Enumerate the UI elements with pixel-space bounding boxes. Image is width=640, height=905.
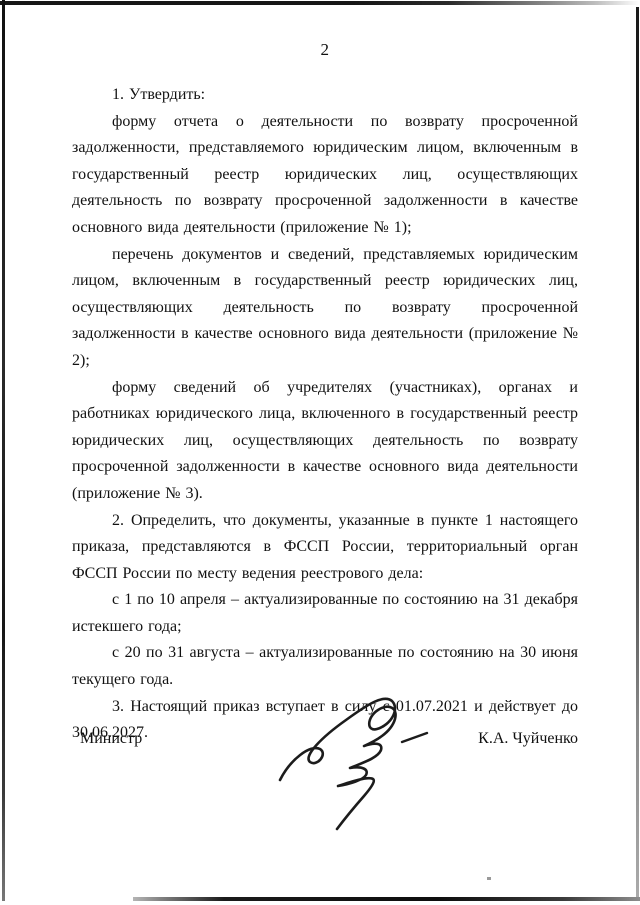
signature-block: Министр К.А. Чуйченко xyxy=(72,680,578,850)
order-text: 1. Утвердить: форму отчета о деятельност… xyxy=(72,82,578,747)
scan-edge-bottom xyxy=(133,897,640,901)
document-body: 2 1. Утвердить: форму отчета о деятельно… xyxy=(72,38,578,747)
signatory-position-label: Министр xyxy=(80,726,142,752)
signatory-name: К.А. Чуйченко xyxy=(478,726,578,752)
scan-speck xyxy=(487,877,491,880)
paragraph-documents-list: перечень документов и сведений, представ… xyxy=(72,242,578,375)
scan-edge-left xyxy=(2,0,5,901)
scan-edge-right xyxy=(636,7,639,901)
scanned-document-page: { "page": { "number": "2" }, "doc": { "p… xyxy=(0,0,640,905)
paragraph-april-deadline: с 1 по 10 апреля – актуализированные по … xyxy=(72,587,578,640)
handwritten-signature-icon xyxy=(270,680,430,840)
page-number: 2 xyxy=(72,38,578,62)
paragraph-founders-form: форму сведений об учредителях (участника… xyxy=(72,375,578,508)
paragraph-report-form: форму отчета о деятельности по возврату … xyxy=(72,109,578,242)
signature-stroke xyxy=(280,699,396,829)
signature-dash-stroke xyxy=(402,733,427,742)
paragraph-item-1-approve: 1. Утвердить: xyxy=(72,82,578,109)
paragraph-item-2-determine: 2. Определить, что документы, указанные … xyxy=(72,508,578,588)
scan-edge-top xyxy=(0,1,640,5)
